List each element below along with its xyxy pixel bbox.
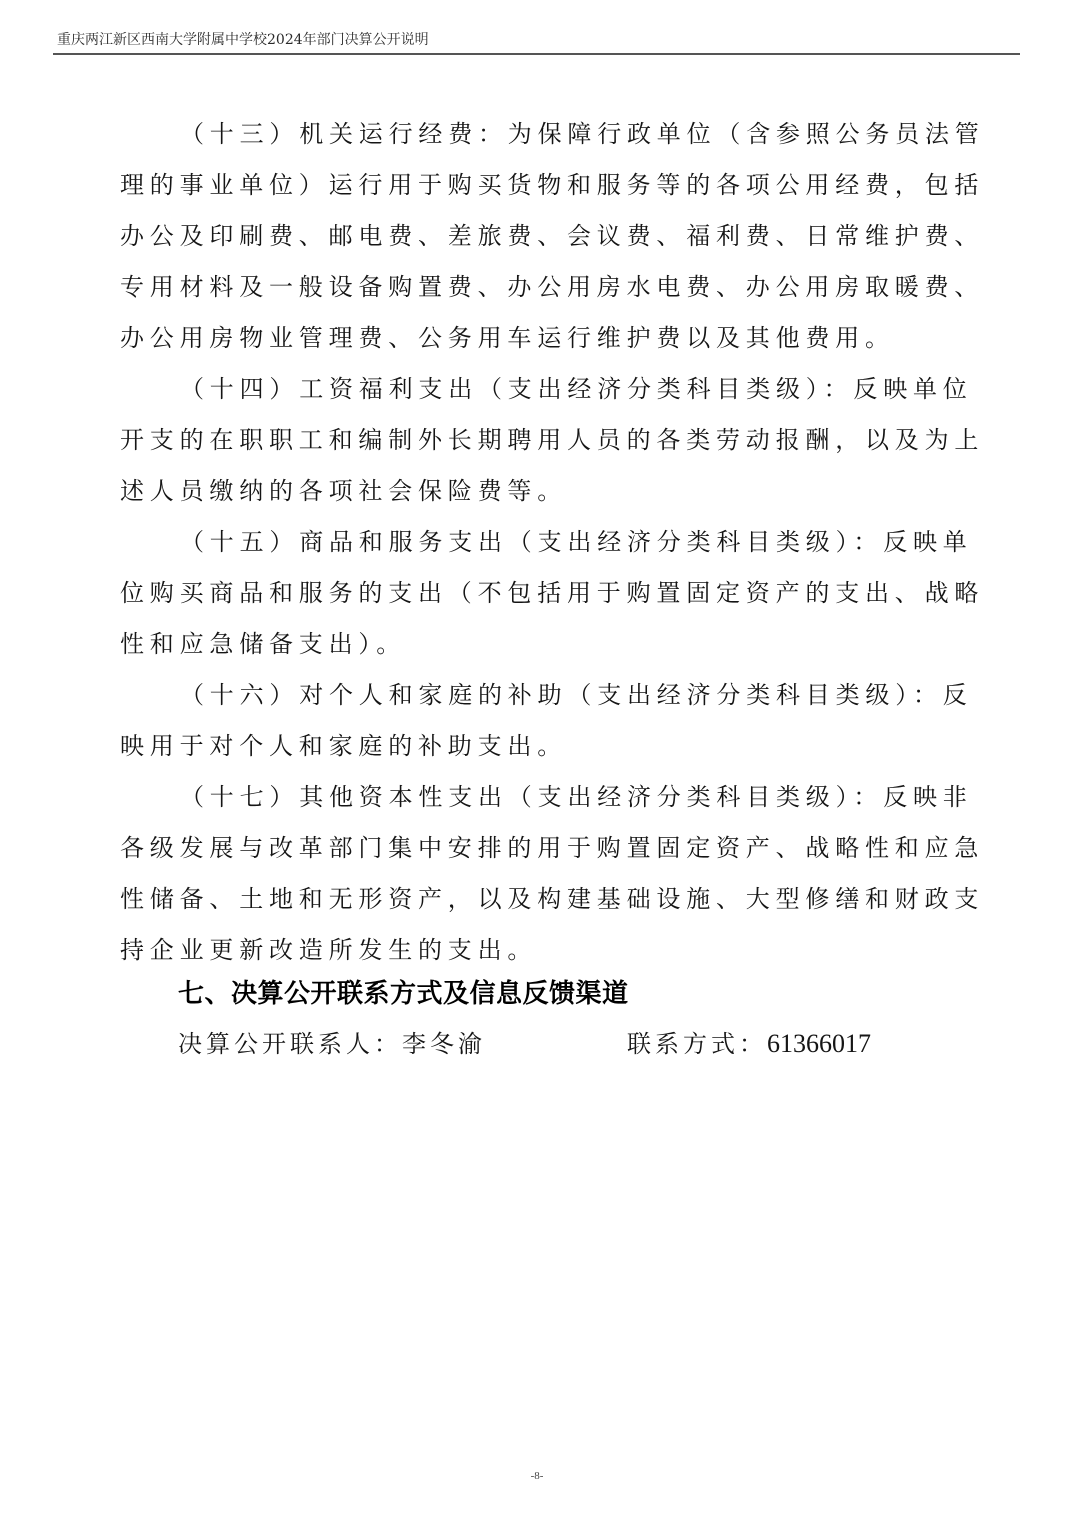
paragraph-16-line-2: 映用于对个人和家庭的补助支出。 bbox=[120, 724, 965, 775]
paragraph-15-line-3: 性和应急储备支出）。 bbox=[120, 622, 965, 673]
paragraph-13-line-4: 专用材料及一般设备购置费、办公用房水电费、办公用房取暖费、 bbox=[120, 265, 965, 316]
contact-phone: 联系方式：61366017 bbox=[627, 1026, 871, 1062]
contact-person-label: 决算公开联系人： bbox=[178, 1030, 402, 1058]
contact-phone-label: 联系方式： bbox=[627, 1030, 767, 1058]
paragraph-15-line-2: 位购买商品和服务的支出（不包括用于购置固定资产的支出、战略 bbox=[120, 571, 965, 622]
contact-person: 决算公开联系人：李冬渝 bbox=[178, 1026, 486, 1062]
document-body: （十三）机关运行经费：为保障行政单位（含参照公务员法管 理的事业单位）运行用于购… bbox=[120, 112, 965, 979]
paragraph-14-line-3: 述人员缴纳的各项社会保险费等。 bbox=[120, 469, 965, 520]
paragraph-13-line-1: （十三）机关运行经费：为保障行政单位（含参照公务员法管 bbox=[120, 112, 965, 163]
paragraph-17-line-2: 各级发展与改革部门集中安排的用于购置固定资产、战略性和应急 bbox=[120, 826, 965, 877]
contact-person-name: 李冬渝 bbox=[402, 1030, 486, 1058]
paragraph-13-line-3: 办公及印刷费、邮电费、差旅费、会议费、福利费、日常维护费、 bbox=[120, 214, 965, 265]
paragraph-13-line-2: 理的事业单位）运行用于购买货物和服务等的各项公用经费，包括 bbox=[120, 163, 965, 214]
paragraph-16-line-1: （十六）对个人和家庭的补助（支出经济分类科目类级）：反 bbox=[120, 673, 965, 724]
page-number: -8- bbox=[0, 1470, 1074, 1482]
header-divider bbox=[53, 53, 1020, 55]
contact-phone-number: 61366017 bbox=[767, 1029, 871, 1058]
paragraph-17-line-3: 性储备、土地和无形资产，以及构建基础设施、大型修缮和财政支 bbox=[120, 877, 965, 928]
paragraph-13-line-5: 办公用房物业管理费、公务用车运行维护费以及其他费用。 bbox=[120, 316, 965, 367]
paragraph-17-line-1: （十七）其他资本性支出（支出经济分类科目类级）：反映非 bbox=[120, 775, 965, 826]
paragraph-17-line-4: 持企业更新改造所发生的支出。 bbox=[120, 928, 965, 979]
section-heading: 七、决算公开联系方式及信息反馈渠道 bbox=[178, 976, 629, 1012]
paragraph-15-line-1: （十五）商品和服务支出（支出经济分类科目类级）：反映单 bbox=[120, 520, 965, 571]
paragraph-14-line-1: （十四）工资福利支出（支出经济分类科目类级）：反映单位 bbox=[120, 367, 965, 418]
paragraph-14-line-2: 开支的在职职工和编制外长期聘用人员的各类劳动报酬，以及为上 bbox=[120, 418, 965, 469]
running-header: 重庆两江新区西南大学附属中学校2024年部门决算公开说明 bbox=[57, 30, 429, 50]
